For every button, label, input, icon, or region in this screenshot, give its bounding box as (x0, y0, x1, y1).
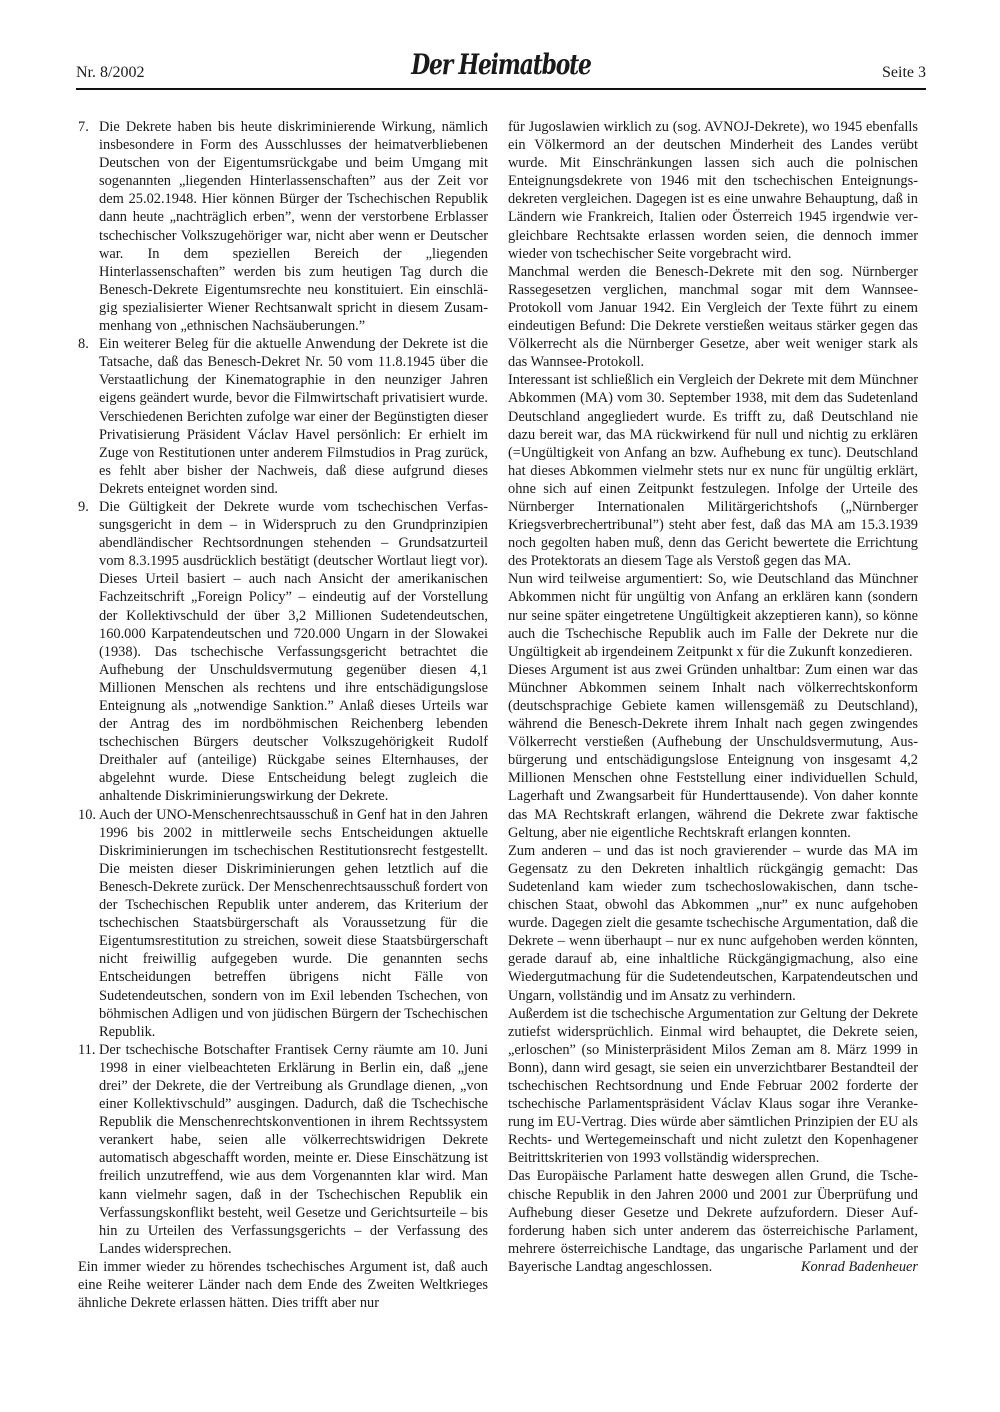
item-text: Die Gültigkeit der Dekrete wurde vom tsc… (99, 499, 488, 805)
body-paragraph: Außerdem ist die tschechische Argumentat… (508, 1005, 918, 1168)
right-column: für Jugoslawien wirklich zu (sog. AVNOJ-… (508, 118, 918, 1276)
author-signature: Konrad Badenheuer (801, 1258, 918, 1276)
left-column: 7. Die Dekrete haben bis heute diskrimin… (78, 118, 488, 1312)
item-text: Der tschechische Botschafter Frantisek C… (99, 1042, 488, 1257)
item-text: Die Dekrete haben bis heute diskriminier… (99, 119, 488, 334)
issue-number: Nr. 8/2002 (76, 64, 144, 82)
body-paragraph: Zum anderen – und das ist noch gravieren… (508, 842, 918, 1005)
item-number: 7. (78, 118, 89, 136)
page-number: Seite 3 (882, 64, 926, 82)
numbered-item-11: 11. Der tschechische Botschafter Frantis… (78, 1041, 488, 1258)
header-rule (76, 88, 926, 90)
body-paragraph: Manchmal werden die Benesch-Dekrete mit … (508, 263, 918, 372)
masthead-title: Der Heimatbote (170, 48, 833, 81)
item-number: 8. (78, 335, 89, 353)
numbered-item-10: 10. Auch der UNO-Menschenrechtsausschuß … (78, 806, 488, 1041)
item-text: Auch der UNO-Menschenrechtsausschuß in G… (99, 807, 488, 1040)
body-paragraph: Ein immer wieder zu hörendes tschechisch… (78, 1258, 488, 1312)
page-header: Nr. 8/2002 Der Heimatbote Seite 3 (76, 56, 926, 88)
numbered-item-8: 8. Ein weiterer Beleg für die aktuelle A… (78, 335, 488, 498)
body-paragraph: Dieses Argument ist aus zwei Gründen unh… (508, 661, 918, 842)
item-text: Ein weiterer Beleg für die aktuelle Anwe… (99, 336, 488, 497)
item-number: 11. (78, 1041, 95, 1059)
body-paragraph: Interessant ist schließlich ein Vergleic… (508, 371, 918, 570)
body-paragraph: für Jugoslawien wirklich zu (sog. AVNOJ-… (508, 118, 918, 263)
numbered-item-7: 7. Die Dekrete haben bis heute diskrimin… (78, 118, 488, 335)
body-paragraph: Nun wird teilweise argumentiert: So, wie… (508, 570, 918, 660)
numbered-item-9: 9. Die Gültigkeit der Dekrete wurde vom … (78, 498, 488, 806)
body-paragraph: Das Europäische Parlament hatte deswegen… (508, 1167, 918, 1276)
item-number: 9. (78, 498, 89, 516)
item-number: 10. (78, 806, 96, 824)
